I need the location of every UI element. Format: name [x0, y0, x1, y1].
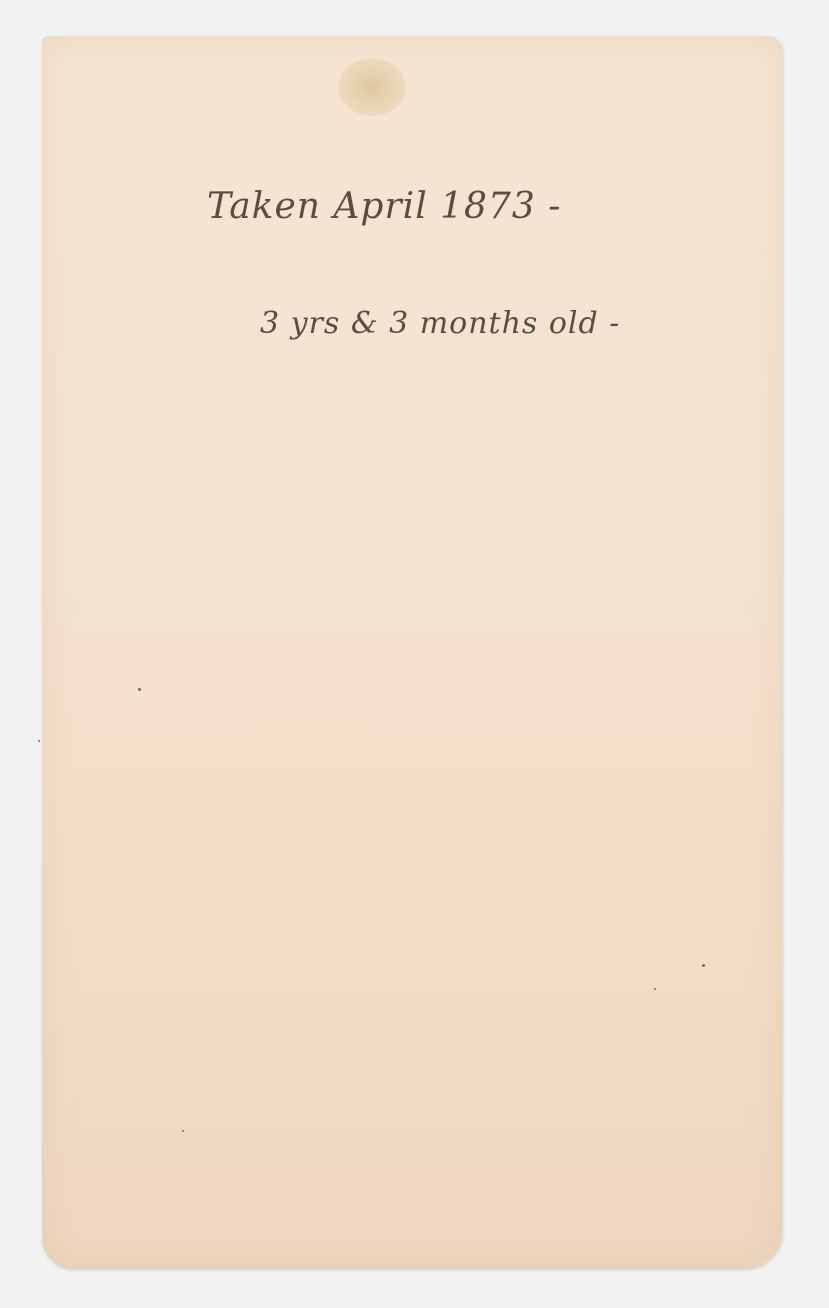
speck [702, 964, 705, 967]
speck [182, 1130, 184, 1132]
photo-card-back: Taken April 1873 - 3 yrs & 3 months old … [42, 36, 782, 1268]
speck [38, 740, 40, 742]
inscription-age: 3 yrs & 3 months old - [260, 306, 620, 341]
inscription-date: Taken April 1873 - [207, 186, 561, 227]
speck [138, 688, 141, 691]
speck [654, 988, 656, 990]
age-stain [338, 58, 406, 116]
